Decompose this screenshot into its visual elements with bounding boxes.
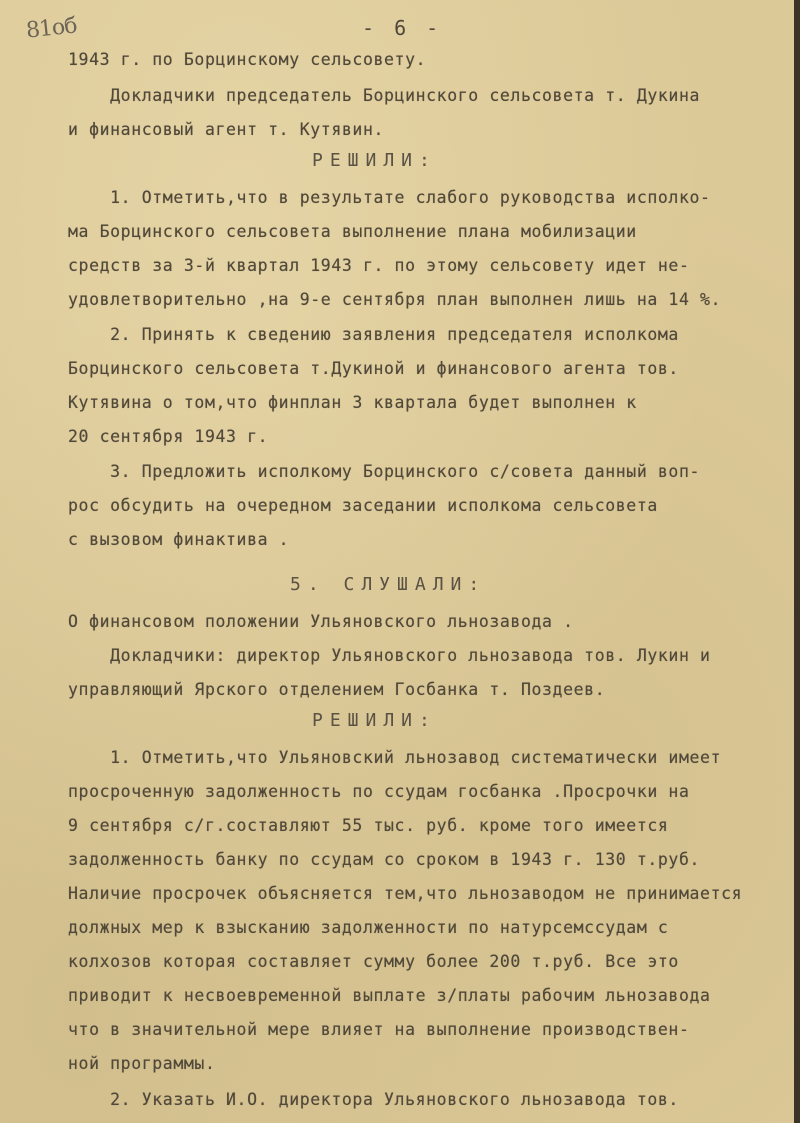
section-heading: РЕШИЛИ: bbox=[312, 710, 437, 731]
text-line: 1. Отметить,что Ульяновский льнозавод си… bbox=[68, 748, 721, 767]
text-line: Докладчики председатель Борцинского сель… bbox=[68, 86, 700, 105]
text-line: управляющий Ярского отделением Госбанка … bbox=[68, 680, 605, 699]
text-line: средств за 3-й квартал 1943 г. по этому … bbox=[68, 256, 690, 275]
text-line: 9 сентября с/г.составляют 55 тыс. руб. к… bbox=[68, 816, 668, 835]
text-line: Кутявина о том,что финплан 3 квартала бу… bbox=[68, 393, 637, 412]
text-line: 2. Указать И.О. директора Ульяновского л… bbox=[68, 1090, 679, 1109]
text-line: с вызовом финактива . bbox=[68, 530, 289, 549]
text-line: колхозов которая составляет сумму более … bbox=[68, 952, 679, 971]
text-line: удовлетворительно ,на 9-е сентября план … bbox=[68, 290, 721, 309]
text-line: что в значительной мере влияет на выполн… bbox=[68, 1020, 690, 1039]
text-line: 1. Отметить,что в результате слабого рук… bbox=[68, 188, 711, 207]
text-line: Борцинского сельсовета т.Дукиной и финан… bbox=[68, 359, 679, 378]
scan-edge bbox=[794, 0, 795, 1123]
text-line: О финансовом положении Ульяновского льно… bbox=[68, 612, 574, 631]
text-line: ной программы. bbox=[68, 1054, 215, 1073]
text-line: задолженность банку по ссудам со сроком … bbox=[68, 850, 700, 869]
archive-folio-mark: 81об bbox=[25, 13, 78, 43]
text-line: просроченную задолженность по ссудам гос… bbox=[68, 782, 690, 801]
text-line: 20 сентября 1943 г. bbox=[68, 427, 268, 446]
text-line: приводит к несвоевременной выплате з/пла… bbox=[68, 986, 711, 1005]
text-line: Наличие просрочек объясняется тем,что ль… bbox=[68, 884, 742, 903]
text-line: 3. Предложить исполкому Борцинского с/со… bbox=[68, 462, 700, 481]
text-line: ма Борцинского сельсовета выполнение пла… bbox=[68, 222, 637, 241]
section-heading: 5. СЛУШАЛИ: bbox=[290, 574, 486, 595]
text-line: должных мер к взысканию задолженности по… bbox=[68, 918, 668, 937]
text-line: 1943 г. по Борцинскому сельсовету. bbox=[68, 50, 426, 69]
text-line: Докладчики: директор Ульяновского льноза… bbox=[68, 646, 711, 665]
page-number: - 6 - bbox=[362, 16, 442, 40]
archival-document-page: 81об - 6 - 1943 г. по Борцинскому сельсо… bbox=[0, 0, 795, 1123]
text-line: и финансовый агент т. Кутявин. bbox=[68, 120, 384, 139]
text-line: 2. Принять к сведению заявления председа… bbox=[68, 325, 679, 344]
section-heading: РЕШИЛИ: bbox=[312, 150, 437, 171]
text-line: рос обсудить на очередном заседании испо… bbox=[68, 496, 658, 515]
